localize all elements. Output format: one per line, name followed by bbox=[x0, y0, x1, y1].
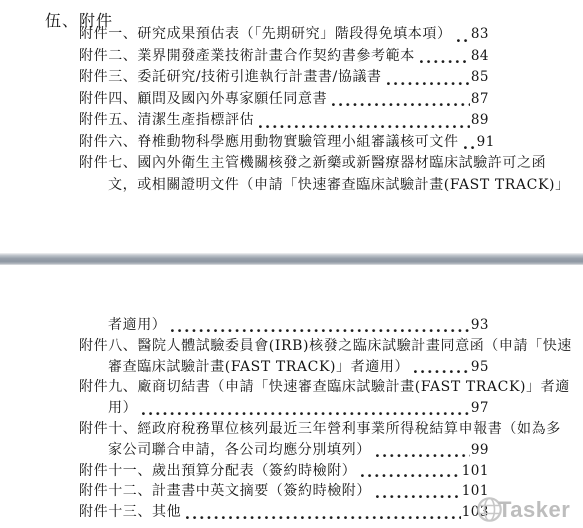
dot-leader bbox=[186, 516, 461, 520]
toc-entry-continuation: 用） 97 bbox=[79, 398, 489, 419]
toc-entry-text: 附件十、經政府稅務單位核列最近三年營利事業所得稅結算申報書（如為多 bbox=[79, 419, 561, 440]
toc-entry-label: 附件七、 bbox=[79, 155, 137, 171]
toc-entry-continuation: 者適用） 93 bbox=[79, 315, 489, 336]
toc-entry-title: 經政府稅務單位核列最近三年營利事業所得稅結算申報書（如為多 bbox=[137, 421, 560, 437]
toc-entry: 附件八、醫院人體試驗委員會(IRB)核發之臨床試驗計畫同意函（申請「快速 bbox=[79, 336, 489, 357]
dot-leader bbox=[464, 146, 476, 150]
toc-entry-text: 附件十二、計畫書中英文摘要（簽約時檢附） bbox=[79, 481, 371, 502]
toc-entry-title: 研究成果預估表（「先期研究」階段得免填本項） bbox=[137, 26, 451, 42]
toc-entry-title: 脊椎動物科學應用動物實驗管理小組審議核可文件 bbox=[137, 134, 458, 150]
toc-entry-text: 附件十三、其他 bbox=[79, 502, 181, 523]
toc-entry-text: 附件七、國內外衛生主管機關核發之新藥或新醫療器材臨床試驗許可之函 bbox=[79, 153, 546, 175]
toc-entry: 附件七、國內外衛生主管機關核發之新藥或新醫療器材臨床試驗許可之函 bbox=[79, 153, 489, 175]
dot-leader bbox=[387, 82, 470, 86]
toc-entry-label: 附件十、 bbox=[79, 421, 137, 437]
toc-entry-text: 附件九、廠商切結書（申請「快速審查臨床試驗計畫(FAST TRACK)」者適 bbox=[79, 377, 570, 398]
toc-entry-title: 業界開發產業技術計畫合作契約書參考範本 bbox=[137, 48, 414, 64]
toc-page-number: 91 bbox=[477, 132, 495, 154]
toc-entry-title: 國內外衛生主管機關核發之新藥或新醫療器材臨床試驗許可之函 bbox=[137, 155, 546, 171]
toc-entry-title: 計畫書中英文摘要（簽約時檢附） bbox=[152, 483, 371, 499]
page-1: 伍、附件 附件一、研究成果預估表（「先期研究」階段得免填本項） 83 附件二、業… bbox=[0, 0, 583, 253]
toc-entry-title: 清潔生產指標評估 bbox=[137, 112, 254, 128]
toc-page-number: 85 bbox=[471, 67, 489, 89]
dot-leader bbox=[142, 412, 470, 416]
toc-entry-label: 附件四、 bbox=[79, 91, 137, 107]
toc-page-number: 87 bbox=[471, 89, 489, 111]
dot-leader bbox=[414, 370, 470, 374]
toc-entry: 附件十、經政府稅務單位核列最近三年營利事業所得稅結算申報書（如為多 bbox=[79, 419, 489, 440]
toc-entry-text: 附件二、業界開發產業技術計畫合作契約書參考範本 bbox=[79, 46, 415, 68]
toc-entry-title: 歲出預算分配表（簽約時檢附） bbox=[152, 463, 356, 479]
toc-entry-title: 者適用） bbox=[108, 315, 166, 336]
toc-entry-title: 廠商切結書（申請「快速審查臨床試驗計畫(FAST TRACK)」者適 bbox=[137, 379, 569, 395]
toc-page-number: 97 bbox=[471, 398, 489, 419]
toc-entry-title: 委託研究/技術引進執行計畫書/協議書 bbox=[137, 69, 381, 85]
toc-entry-label: 附件二、 bbox=[79, 48, 137, 64]
toc-entry-label: 附件一、 bbox=[79, 26, 137, 42]
dot-leader bbox=[457, 39, 470, 43]
toc-entry-title: 醫院人體試驗委員會(IRB)核發之臨床試驗計畫同意函（申請「快速 bbox=[137, 338, 571, 354]
toc-entry-label: 附件九、 bbox=[79, 379, 137, 395]
toc-entry-label: 附件六、 bbox=[79, 134, 137, 150]
toc-entry: 附件四、顧問及國內外專家願任同意書 87 bbox=[79, 89, 489, 111]
toc-list-page1: 附件一、研究成果預估表（「先期研究」階段得免填本項） 83 附件二、業界開發產業… bbox=[79, 24, 489, 196]
toc-entry-text: 附件三、委託研究/技術引進執行計畫書/協議書 bbox=[79, 67, 382, 89]
dot-leader bbox=[361, 474, 460, 478]
toc-entry-label: 附件三、 bbox=[79, 69, 137, 85]
toc-entry: 附件五、清潔生產指標評估 89 bbox=[79, 110, 489, 132]
toc-page-number: 93 bbox=[471, 315, 489, 336]
toc-page-number: 83 bbox=[471, 24, 489, 46]
page-2: 者適用） 93 附件八、醫院人體試驗委員會(IRB)核發之臨床試驗計畫同意函（申… bbox=[0, 265, 583, 528]
toc-entry-text: 附件一、研究成果預估表（「先期研究」階段得免填本項） bbox=[79, 24, 452, 46]
toc-entry-text: 附件八、醫院人體試驗委員會(IRB)核發之臨床試驗計畫同意函（申請「快速 bbox=[79, 336, 572, 357]
toc-entry: 附件九、廠商切結書（申請「快速審查臨床試驗計畫(FAST TRACK)」者適 bbox=[79, 377, 489, 398]
watermark: Tasker bbox=[476, 496, 570, 523]
toc-entry-text: 附件六、脊椎動物科學應用動物實驗管理小組審議核可文件 bbox=[79, 132, 459, 154]
toc-entry-title: 家公司聯合申請，各公司均應分別填列） bbox=[108, 440, 371, 461]
toc-entry-title: 其他 bbox=[152, 504, 181, 520]
toc-page-number: 84 bbox=[471, 46, 489, 68]
toc-entry-continuation: 審查臨床試驗計畫(FAST TRACK)」者適用） 95 bbox=[79, 357, 489, 378]
toc-entry-label: 附件八、 bbox=[79, 338, 137, 354]
toc-entry-text: 附件十一、歲出預算分配表（簽約時檢附） bbox=[79, 461, 356, 482]
toc-entry-title: 文，或相關證明文件（申請「快速審查臨床試驗計畫(FAST TRACK)」 bbox=[108, 175, 570, 197]
toc-entry: 附件三、委託研究/技術引進執行計畫書/協議書 85 bbox=[79, 67, 489, 89]
dot-leader bbox=[332, 103, 470, 107]
dot-leader bbox=[420, 60, 470, 64]
toc-entry-label: 附件十二、 bbox=[79, 483, 152, 499]
toc-entry-label: 附件十一、 bbox=[79, 463, 152, 479]
toc-page-number: 99 bbox=[471, 440, 489, 461]
watermark-text: Tasker bbox=[498, 497, 570, 523]
toc-entry-title: 審查臨床試驗計畫(FAST TRACK)」者適用） bbox=[108, 357, 409, 378]
toc-entry-continuation: 家公司聯合申請，各公司均應分別填列） 99 bbox=[79, 440, 489, 461]
page-separator bbox=[0, 253, 583, 265]
dot-leader bbox=[376, 495, 461, 499]
toc-entry-title: 顧問及國內外專家願任同意書 bbox=[137, 91, 327, 107]
toc-entry-continuation: 文，或相關證明文件（申請「快速審查臨床試驗計畫(FAST TRACK)」 bbox=[79, 175, 489, 197]
toc-entry: 附件十二、計畫書中英文摘要（簽約時檢附） 101 bbox=[79, 481, 489, 502]
toc-entry-label: 附件十三、 bbox=[79, 504, 152, 520]
dot-leader bbox=[259, 125, 470, 129]
dot-leader bbox=[376, 454, 470, 458]
toc-entry-label: 附件五、 bbox=[79, 112, 137, 128]
dot-leader bbox=[171, 329, 469, 333]
toc-entry: 附件十一、歲出預算分配表（簽約時檢附） 101 bbox=[79, 461, 489, 482]
toc-entry-text: 附件五、清潔生產指標評估 bbox=[79, 110, 254, 132]
toc-list-page2: 者適用） 93 附件八、醫院人體試驗委員會(IRB)核發之臨床試驗計畫同意函（申… bbox=[79, 315, 489, 523]
toc-entry: 附件十三、其他 103 bbox=[79, 502, 489, 523]
toc-entry: 附件一、研究成果預估表（「先期研究」階段得免填本項） 83 bbox=[79, 24, 489, 46]
toc-page-number: 89 bbox=[471, 110, 489, 132]
toc-page-number: 95 bbox=[471, 357, 489, 378]
toc-entry-title: 用） bbox=[108, 398, 137, 419]
toc-entry-text: 附件四、顧問及國內外專家願任同意書 bbox=[79, 89, 327, 111]
toc-entry: 附件二、業界開發產業技術計畫合作契約書參考範本 84 bbox=[79, 46, 489, 68]
toc-entry: 附件六、脊椎動物科學應用動物實驗管理小組審議核可文件 91 bbox=[79, 132, 489, 154]
toc-page-number: 101 bbox=[462, 461, 489, 482]
